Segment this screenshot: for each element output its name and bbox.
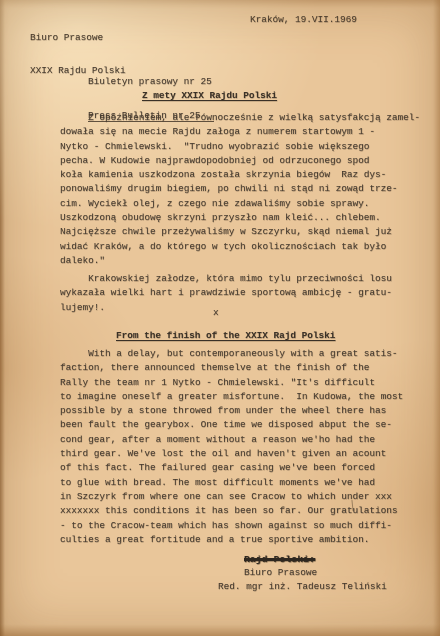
polish-section-heading: Z mety XXIX Rajdu Polski (142, 89, 277, 103)
signature-office: Biuro Prasowe (244, 566, 317, 580)
english-section-heading: From the finish of the XXIX Rajd Polski (116, 329, 335, 343)
polish-paragraph-1: Z opóźnieniem, ale równocześnie z wielką… (60, 111, 420, 268)
bulletin-title-polish: Biuletyn prasowy nr 25 (88, 76, 214, 87)
letterhead-office-line1: Biuro Prasowe (30, 33, 126, 44)
section-separator: x (213, 306, 219, 320)
english-paragraph: With a delay, but contemporaneously with… (60, 347, 403, 547)
dateline: Kraków, 19.VII.1969 (250, 13, 357, 27)
signature-editor: Red. mgr inż. Tadeusz Teliński (218, 580, 387, 594)
polish-paragraph-2: Krakowskiej załodze, która mimo tylu prz… (60, 272, 392, 315)
press-bulletin-page: Biuro Prasowe XXIX Rajdu Polski Kraków, … (0, 0, 440, 636)
